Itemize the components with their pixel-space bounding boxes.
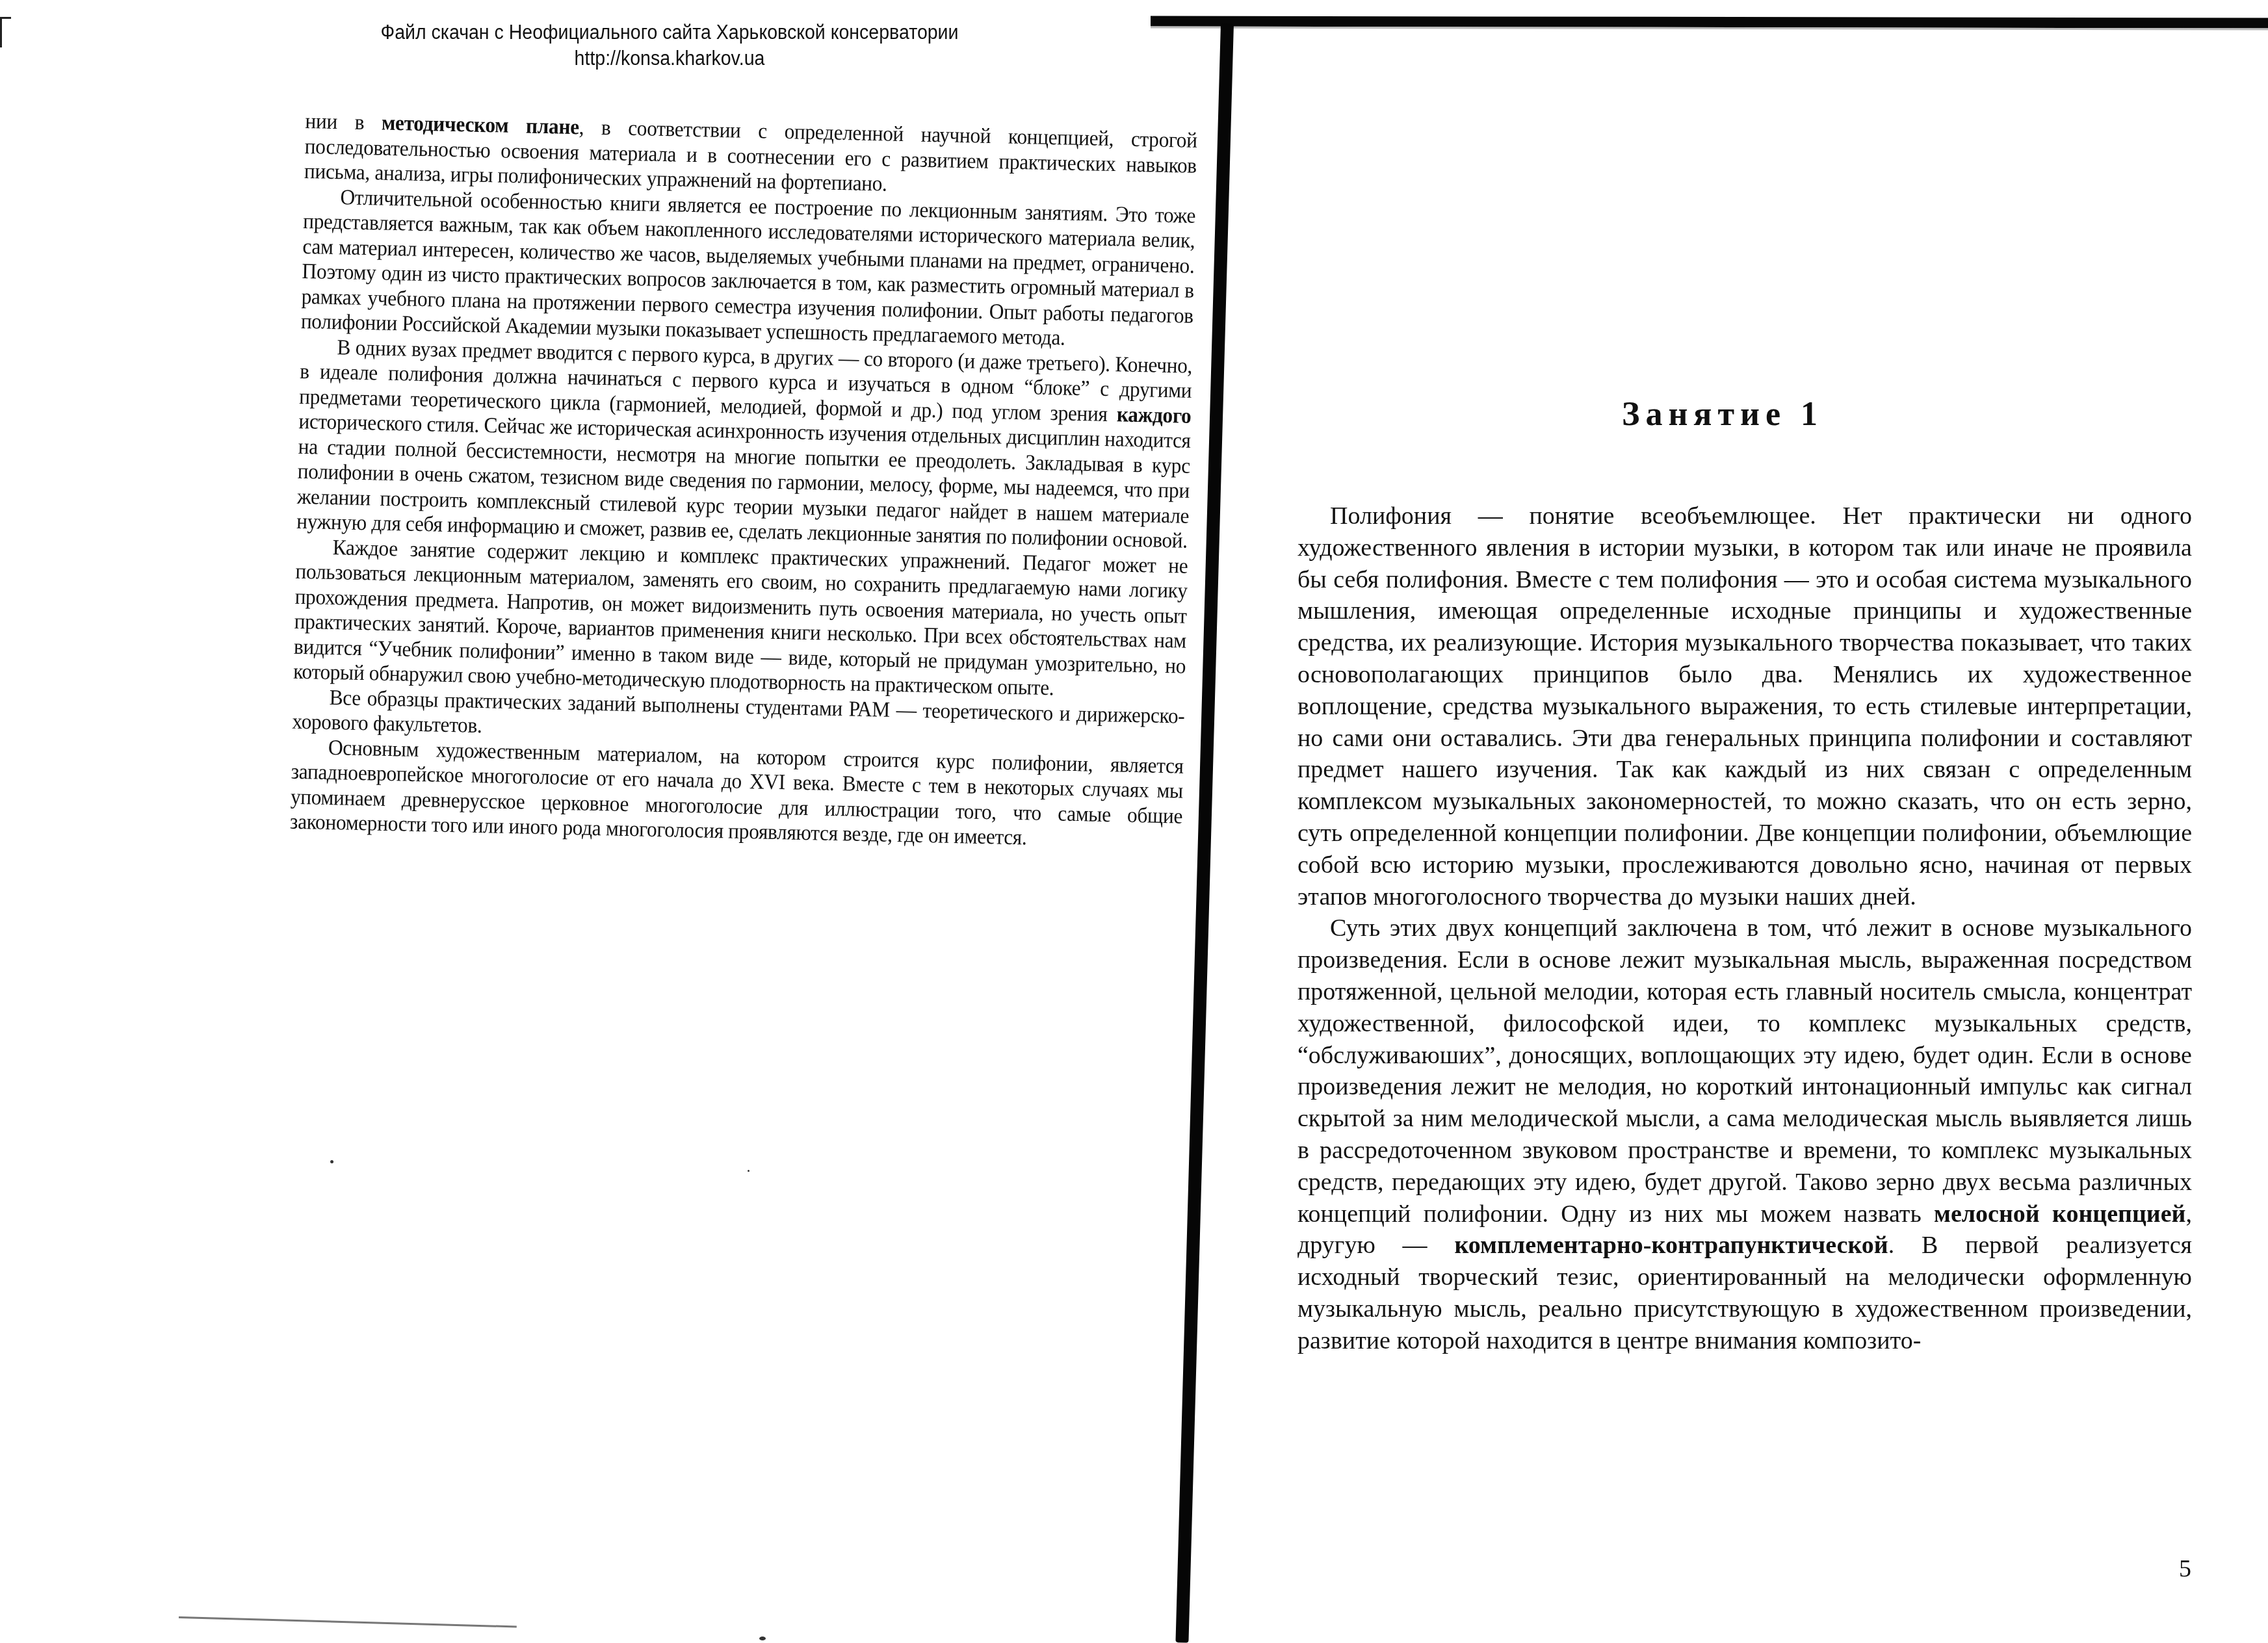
text-run: Полифония — понятие всеобъемлющее. Нет п… — [1297, 502, 2192, 911]
text-run: нии в — [305, 109, 382, 135]
left-page: нии в методическом плане, в соответствии… — [290, 109, 1248, 855]
chapter-title: Занятие 1 — [1560, 395, 1885, 433]
watermark-url: http://konsa.kharkov.ua — [317, 45, 1023, 71]
paragraph: В одних вузах предмет вводится с первого… — [296, 334, 1193, 554]
scan-speck — [748, 1170, 749, 1172]
bold-term: комплементарно-контрапунктической — [1454, 1232, 1888, 1259]
scan-corner-mark — [0, 17, 11, 47]
page-top-edge-shadow — [1151, 16, 2268, 28]
left-page-body: нии в методическом плане, в соответствии… — [290, 109, 1248, 855]
bold-term: каждого — [1116, 402, 1191, 428]
watermark: Файл скачан с Неофициального сайта Харьк… — [317, 19, 1023, 71]
paragraph: Полифония — понятие всеобъемлющее. Нет п… — [1297, 500, 2192, 912]
paragraph: Суть этих двух концепций заключена в том… — [1297, 912, 2192, 1356]
scan-speck — [759, 1637, 766, 1640]
text-run: Отличительной особенностью книги являетс… — [300, 185, 1195, 350]
bottom-scan-line — [179, 1616, 517, 1628]
right-page: Полифония — понятие всеобъемлющее. Нет п… — [1297, 500, 2192, 1357]
right-page-body: Полифония — понятие всеобъемлющее. Нет п… — [1297, 500, 2192, 1357]
page-number: 5 — [2179, 1555, 2191, 1583]
scan-speck — [330, 1160, 333, 1163]
paragraph: Отличительной особенностью книги являетс… — [300, 184, 1195, 354]
bold-term: мелосной концепцией — [1934, 1200, 2185, 1228]
text-run: Суть этих двух концепций заключена в том… — [1297, 914, 2192, 1227]
paragraph: Основным художественным материалом, на к… — [290, 734, 1184, 854]
paragraph: Каждое занятие содержит лекцию и комплек… — [293, 534, 1188, 704]
bold-term: методическом плане — [382, 111, 580, 140]
text-run: исторического стиля. Сейчас же историчес… — [296, 409, 1191, 553]
watermark-line-1: Файл скачан с Неофициального сайта Харьк… — [317, 19, 1023, 45]
text-run: Каждое занятие содержит лекцию и комплек… — [293, 536, 1188, 701]
text-run: Основным художественным материалом, на к… — [290, 736, 1184, 850]
